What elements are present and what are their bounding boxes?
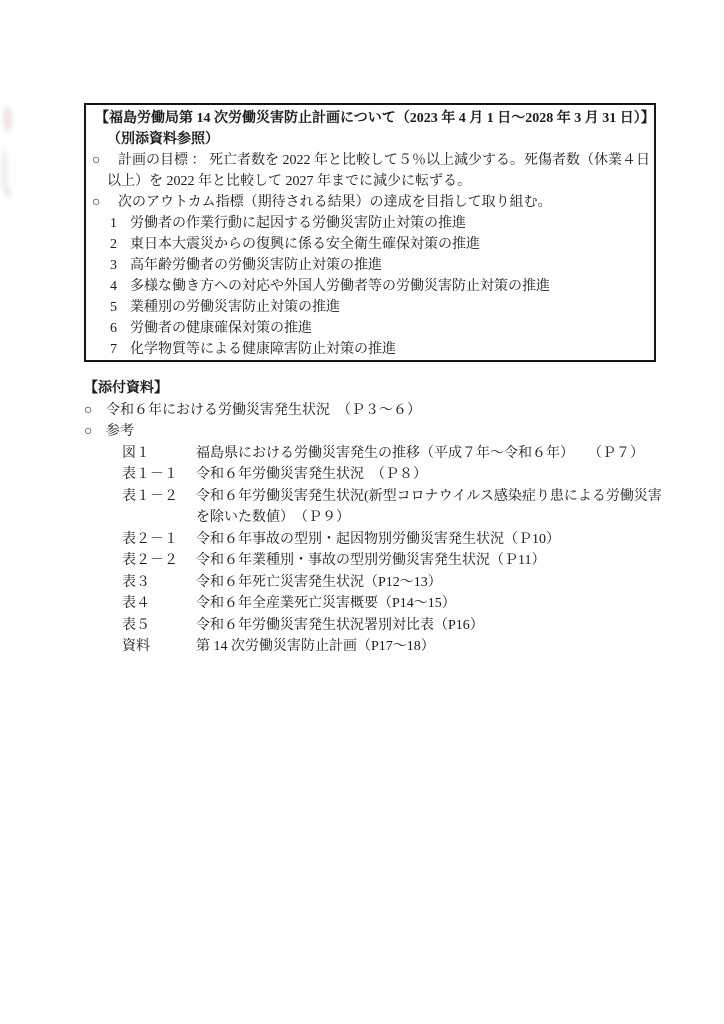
outcome-item: 5 業種別の労働災害防止対策の推進	[110, 297, 648, 318]
outcome-item-text: 業種別の労働災害防止対策の推進	[130, 297, 340, 318]
outcome-item-number: 3	[110, 255, 120, 276]
scanned-document-page: 【福島労働局第 14 次労働災害防止計画について（2023 年 4 月 1 日～…	[0, 0, 724, 1024]
reference-row: 表４ 令和６年全産業死亡災害概要（P14～15）	[84, 593, 684, 615]
plan-goal-bullet: ○ 計画の目標 ： 死亡者数を 2022 年と比較して５％以上減少する。死傷者数…	[92, 150, 648, 171]
plan-outcome-text: 次のアウトカム指標（期待される結果）の達成を目指して取り組む。	[118, 192, 552, 213]
outcome-item: 2 東日本大震災からの復興に係る安全衛生確保対策の推進	[110, 234, 648, 255]
reference-text: 令和６年死亡災害発生状況（P12～13）	[196, 572, 684, 594]
reference-label: 表２－１	[122, 529, 196, 551]
circle-bullet: ○	[84, 400, 98, 422]
plan-goal-line1: 計画の目標 ： 死亡者数を 2022 年と比較して５％以上減少する。死傷者数（休…	[118, 150, 650, 171]
reference-row: 図１ 福島県における労働災害発生の推移（平成７年～令和６年） （Ｐ７）	[84, 443, 684, 465]
reference-row: 表２－１ 令和６年事故の型別・起因物別労働災害発生状況（Ｐ10）	[84, 529, 684, 551]
attachment-bullet-text: 参考	[106, 421, 134, 443]
outcome-item: 6 労働者の健康確保対策の推進	[110, 318, 648, 339]
reference-text-line: 令和６年労働災害発生状況(新型コロナウイルス感染症り患による労働災害	[196, 486, 684, 508]
reference-row: 資料 第 14 次労働災害防止計画（P17～18）	[84, 636, 684, 658]
outcome-item-text: 労働者の作業行動に起因する労働災害防止対策の推進	[130, 213, 466, 234]
reference-text: 令和６年労働災害発生状況署別対比表（P16）	[196, 615, 684, 637]
reference-label: 資料	[122, 636, 196, 658]
outcome-item-number: 5	[110, 297, 120, 318]
plan-box-title: 【福島労働局第 14 次労働災害防止計画について（2023 年 4 月 1 日～…	[95, 108, 648, 129]
scan-artifact	[5, 186, 11, 198]
circle-bullet: ○	[84, 421, 98, 443]
outcome-item-text: 東日本大震災からの復興に係る安全衛生確保対策の推進	[130, 234, 480, 255]
attachment-bullet: ○ 参考	[84, 421, 684, 443]
reference-text: 第 14 次労働災害防止計画（P17～18）	[196, 636, 684, 658]
attachment-bullet: ○ 令和６年における労働災害発生状況 （Ｐ３～６）	[84, 400, 684, 422]
reference-label: 表４	[122, 593, 196, 615]
outcome-item-number: 6	[110, 318, 120, 339]
reference-label: 表３	[122, 572, 196, 594]
attachment-bullet-text: 令和６年における労働災害発生状況 （Ｐ３～６）	[106, 400, 421, 422]
outcome-item: 3 高年齢労働者の労働災害防止対策の推進	[110, 255, 648, 276]
outcome-item-text: 多様な働き方への対応や外国人労働者等の労働災害防止対策の推進	[130, 276, 550, 297]
plan-box-subtitle: （別添資料参照）	[107, 129, 648, 150]
reference-text: 令和６年業種別・事故の型別労働災害発生状況（Ｐ11）	[196, 550, 684, 572]
reference-label: 表５	[122, 615, 196, 637]
outcome-item: 4 多様な働き方への対応や外国人労働者等の労働災害防止対策の推進	[110, 276, 648, 297]
reference-label: 表１－２	[122, 486, 196, 529]
outcome-item-text: 労働者の健康確保対策の推進	[130, 318, 312, 339]
outcome-item-number: 7	[110, 339, 120, 360]
reference-row: 表１－１ 令和６年労働災害発生状況 （Ｐ８）	[84, 464, 684, 486]
attachments-heading: 【添付資料】	[84, 378, 684, 400]
plan-outcome-bullet: ○ 次のアウトカム指標（期待される結果）の達成を目指して取り組む。	[92, 192, 648, 213]
reference-text: 福島県における労働災害発生の推移（平成７年～令和６年） （Ｐ７）	[196, 443, 684, 465]
reference-row: 表１－２ 令和６年労働災害発生状況(新型コロナウイルス感染症り患による労働災害を…	[84, 486, 684, 529]
outcome-item-text: 化学物質等による健康障害防止対策の推進	[130, 339, 396, 360]
scan-artifact	[3, 106, 12, 132]
reference-text: 令和６年事故の型別・起因物別労働災害発生状況（Ｐ10）	[196, 529, 684, 551]
outcome-item-number: 1	[110, 213, 120, 234]
outcome-item-number: 4	[110, 276, 120, 297]
reference-text: 令和６年労働災害発生状況 （Ｐ８）	[196, 464, 684, 486]
plan-summary-box: 【福島労働局第 14 次労働災害防止計画について（2023 年 4 月 1 日～…	[84, 103, 656, 362]
reference-label: 表１－１	[122, 464, 196, 486]
reference-row: 表５ 令和６年労働災害発生状況署別対比表（P16）	[84, 615, 684, 637]
reference-text: 令和６年労働災害発生状況(新型コロナウイルス感染症り患による労働災害を除いた数値…	[196, 486, 684, 529]
plan-goal-line2: 以上）を 2022 年と比較して 2027 年までに減少に転ずる。	[107, 171, 648, 192]
reference-label: 図１	[122, 443, 196, 465]
outcome-item-number: 2	[110, 234, 120, 255]
reference-text: 令和６年全産業死亡災害概要（P14～15）	[196, 593, 684, 615]
outcome-item: 7 化学物質等による健康障害防止対策の推進	[110, 339, 648, 360]
attachments-section: 【添付資料】 ○ 令和６年における労働災害発生状況 （Ｐ３～６） ○ 参考 図１…	[84, 378, 684, 658]
circle-bullet: ○	[92, 192, 106, 213]
reference-label: 表２－２	[122, 550, 196, 572]
reference-row: 表２－２ 令和６年業種別・事故の型別労働災害発生状況（Ｐ11）	[84, 550, 684, 572]
outcome-item: 1 労働者の作業行動に起因する労働災害防止対策の推進	[110, 213, 648, 234]
circle-bullet: ○	[92, 150, 106, 171]
outcome-item-text: 高年齢労働者の労働災害防止対策の推進	[130, 255, 382, 276]
reference-text-line: を除いた数値） （Ｐ９）	[196, 507, 684, 529]
reference-row: 表３ 令和６年死亡災害発生状況（P12～13）	[84, 572, 684, 594]
